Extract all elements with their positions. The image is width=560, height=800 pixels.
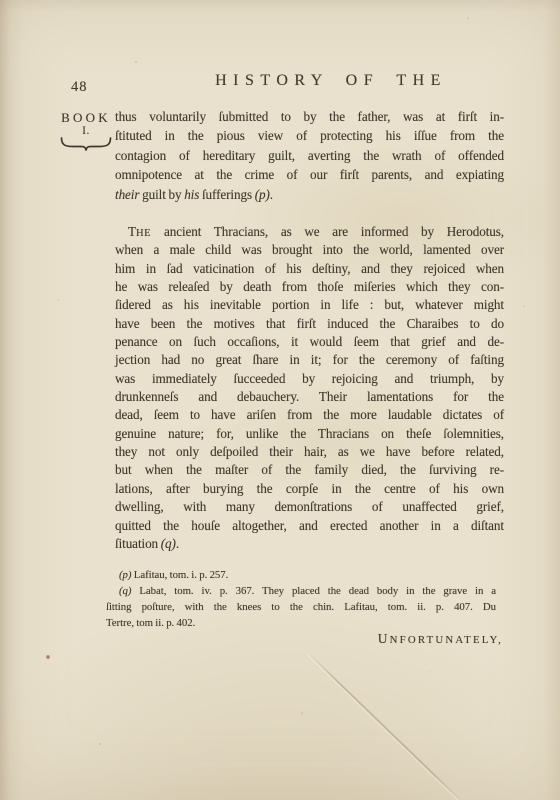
text-line: omnipotence at the crime of our firſt pa… — [115, 165, 504, 184]
text-line: thus voluntarily ſubmitted to by the fat… — [115, 107, 504, 126]
footnote-p: (p) Lafitau, tom. i. p. 257. — [106, 567, 496, 583]
text-line: dead, ſeem to have ariſen from the more … — [115, 406, 504, 424]
paragraph-thracians: THE ancient Thracians, as we are informe… — [115, 223, 504, 553]
text-line: ſtituted in the pious view of protecting… — [115, 126, 504, 145]
paragraph-continuation: thus voluntarily ſubmitted to by the fat… — [115, 107, 504, 204]
text-line: drunkenneſs and debauchery. Their lament… — [115, 388, 504, 406]
book-margin-note: BOOK I. — [56, 110, 116, 152]
text-line: have been the motives that firſt induced… — [115, 315, 504, 333]
text-line: ſidered as his inevitable portion in lif… — [115, 296, 504, 314]
text-line: him in ſad vaticination of his deſtiny, … — [115, 260, 504, 278]
book-numeral: I. — [56, 125, 116, 137]
text-line: (q) Labat, tom. iv. p. 367. They placed … — [106, 583, 496, 599]
text-line: genuine nature; for, unlike the Thracian… — [115, 425, 504, 443]
text-line: was immediately ſucceeded by rejoicing a… — [115, 370, 504, 388]
paper-speck — [46, 655, 50, 659]
text-line: but when the maſter of the family died, … — [115, 461, 504, 479]
text-line: quitted the houſe altogether, and erecte… — [115, 517, 504, 535]
text-line: penance on ſuch occaſions, it would ſeem… — [115, 333, 504, 351]
text-line: (p) Lafitau, tom. i. p. 257. — [106, 567, 496, 583]
text-line: ſituation (q). — [115, 535, 504, 553]
underbrace-icon — [59, 137, 113, 152]
text-line: dwelling, with many demonſtrations of un… — [115, 498, 504, 516]
book-page: 48 HISTORY OF THE BOOK I. thus voluntari… — [0, 0, 560, 800]
running-title: HISTORY OF THE — [145, 72, 517, 90]
text-line: when a male child was brought into the w… — [115, 241, 504, 259]
book-label: BOOK — [56, 110, 116, 126]
catchword-initial: U — [378, 631, 390, 646]
text-line: he was releaſed by death from thoſe miſe… — [115, 278, 504, 296]
text-line: they not only deſpoiled their hair, as w… — [115, 443, 504, 461]
text-line: ſitting poſture, with the knees to the c… — [106, 599, 496, 615]
text-line: contagion of hereditary guilt, averting … — [115, 146, 504, 165]
text-line: jection had no great ſhare in it; for th… — [115, 351, 504, 369]
page-number: 48 — [71, 79, 88, 96]
text-line: lations, after burying the corpſe in the… — [115, 480, 504, 498]
paper-crease — [307, 652, 463, 800]
text-line: their guilt by his ſufferings (p). — [115, 185, 504, 204]
text-line: THE ancient Thracians, as we are informe… — [115, 223, 504, 241]
catchword-rest: NFORTUNATELY, — [390, 634, 503, 646]
footnote-q: (q) Labat, tom. iv. p. 367. They placed … — [106, 583, 496, 632]
catchword: UNFORTUNATELY, — [378, 630, 503, 648]
